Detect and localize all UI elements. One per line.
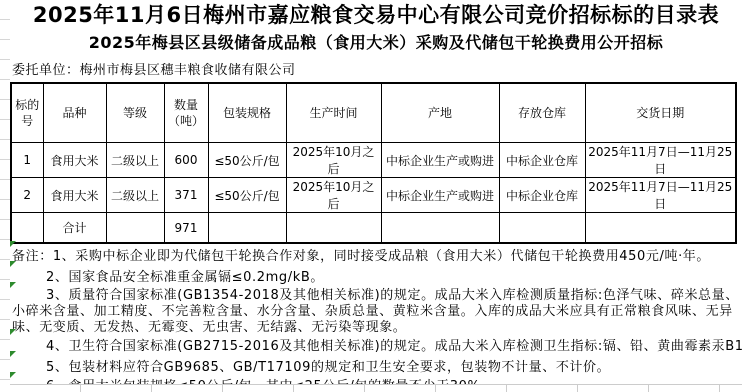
header-cell-variety: 品种	[43, 83, 106, 143]
cell-flag-icon	[10, 241, 16, 247]
cell-variety: 食用大米	[43, 143, 106, 178]
cell-grade: 二级以上	[106, 143, 164, 178]
header-cell-delivery-date: 交货日期	[585, 83, 736, 143]
cell-origin: 中标企业生产或购进	[381, 143, 499, 178]
cell-flag-icon	[10, 351, 16, 357]
note-line-2: 2、国家食品安全标准重金属镉≤0.2mg/kB。	[10, 267, 742, 288]
note-line-1: 备注：1、采购中标企业即为代储包干轮换合作对象，同时接受成品粮（食用大米）代储包…	[10, 247, 742, 267]
header-cell-quantity: 数量（吨）	[164, 83, 208, 143]
cell-total-quantity: 971	[164, 213, 208, 244]
cell-grade: 二级以上	[106, 178, 164, 213]
note-line-5: 5、包装材料应符合GB9685、GB/T17109的规定和卫生安全要求，包装物不…	[10, 357, 742, 378]
cell-packing: ≤50公斤/包	[208, 178, 286, 213]
note-text-1: 1、采购中标企业即为代储包干轮换合作对象，同时接受成品粮（食用大米）代储包干轮换…	[53, 249, 710, 265]
cell-flag-icon	[10, 282, 16, 288]
cell-lot-no: 1	[11, 143, 43, 178]
cell-flag-icon	[10, 372, 16, 378]
sub-title: 2025年梅县区县级储备成品粮（食用大米）采购及代储包干轮换费用公开招标	[10, 28, 742, 55]
cell-delivery-date: 2025年11月7日—11月25日	[585, 143, 736, 178]
header-cell-production-time: 生产时间	[286, 83, 381, 143]
cell-production-time: 2025年10月之后	[286, 143, 381, 178]
cell-quantity: 600	[164, 143, 208, 178]
cell-origin: 中标企业生产或购进	[381, 178, 499, 213]
header-cell-grade: 等级	[106, 83, 164, 143]
cell-warehouse: 中标企业仓库	[499, 178, 585, 213]
cell-warehouse: 中标企业仓库	[499, 143, 585, 178]
cell-variety: 食用大米	[43, 178, 106, 213]
notes-prefix: 备注：	[12, 249, 53, 265]
header-cell-origin: 产地	[381, 83, 499, 143]
cell-production-time: 2025年10月之后	[286, 178, 381, 213]
bottom-gridlines	[10, 384, 742, 392]
cell-delivery-date: 2025年11月7日—11月25日	[585, 178, 736, 213]
cell-flag-icon	[10, 261, 16, 267]
cell-empty	[11, 213, 43, 244]
cell-empty	[585, 213, 736, 244]
header-cell-lot-no: 标的号	[11, 83, 43, 143]
cell-empty	[286, 213, 381, 244]
header-cell-packing: 包装规格	[208, 83, 286, 143]
cell-empty	[381, 213, 499, 244]
cell-packing: ≤50公斤/包	[208, 143, 286, 178]
client-line: 委托单位：梅州市梅县区穗丰粮食收储有限公司	[10, 55, 742, 82]
left-gutter-gridlines	[0, 0, 10, 392]
cell-lot-no: 2	[11, 178, 43, 213]
cell-empty	[106, 213, 164, 244]
bid-catalog-table: 标的号 品种 等级 数量（吨） 包装规格 生产时间 产地 存放仓库 交货日期 1…	[10, 82, 737, 244]
header-cell-warehouse: 存放仓库	[499, 83, 585, 143]
cell-flag-icon	[10, 329, 16, 335]
notes-section: 备注：1、采购中标企业即为代储包干轮换合作对象，同时接受成品粮（食用大米）代储包…	[10, 244, 742, 392]
main-title: 2025年11月6日梅州市嘉应粮食交易中心有限公司竞价招标标的目录表	[10, 0, 742, 28]
cell-empty	[208, 213, 286, 244]
table-header-row: 标的号 品种 等级 数量（吨） 包装规格 生产时间 产地 存放仓库 交货日期	[11, 83, 736, 143]
table-row-2: 2 食用大米 二级以上 371 ≤50公斤/包 2025年10月之后 中标企业生…	[11, 178, 736, 213]
cell-quantity: 371	[164, 178, 208, 213]
table-row-1: 1 食用大米 二级以上 600 ≤50公斤/包 2025年10月之后 中标企业生…	[11, 143, 736, 178]
document-content: 2025年11月6日梅州市嘉应粮食交易中心有限公司竞价招标标的目录表 2025年…	[10, 0, 742, 392]
cell-empty	[499, 213, 585, 244]
table-total-row: 合计 971	[11, 213, 736, 244]
note-line-3: 3、质量符合国家标准(GB1354-2018及其他相关标准)的规定。成品大米入库…	[10, 288, 742, 336]
cell-total-label: 合计	[43, 213, 106, 244]
note-line-4: 4、卫生符合国家标准(GB2715-2016及其他相关标准)的规定。成品大米入库…	[10, 336, 742, 357]
spreadsheet-document: 2025年11月6日梅州市嘉应粮食交易中心有限公司竞价招标标的目录表 2025年…	[0, 0, 742, 392]
